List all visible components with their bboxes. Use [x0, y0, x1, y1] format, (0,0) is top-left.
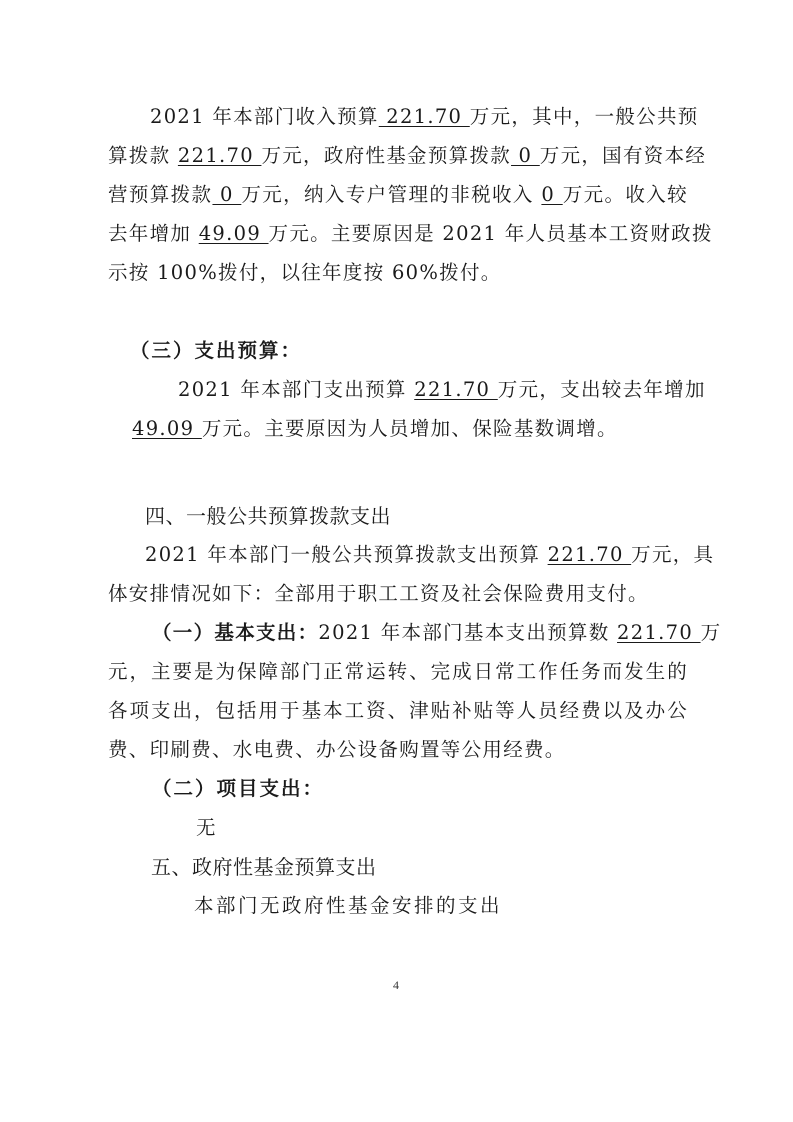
- text: 万元。收入较: [563, 183, 688, 206]
- non-tax-amount: 0: [541, 183, 562, 206]
- text: 营预算拨款: [108, 183, 212, 206]
- text: 2021 年本部门基本支出预算数: [318, 621, 617, 644]
- text: 万元，政府性基金预算拨款: [261, 144, 511, 167]
- general-budget-amount: 221.70: [178, 144, 262, 167]
- text: 算拨款: [108, 144, 178, 167]
- text: 2021 年本部门收入预算: [150, 105, 379, 128]
- state-capital-amount: 0: [212, 183, 241, 206]
- page-number: 4: [393, 978, 399, 992]
- section-four-heading: 四、一般公共预算拨款支出: [145, 503, 725, 529]
- basic-expenditure-line-3: 各项支出，包括用于基本工资、津贴补贴等人员经费以及办公: [108, 698, 688, 724]
- basic-expenditure-line-2: 元，主要是为保障部门正常运转、完成日常工作任务而发生的: [108, 659, 688, 685]
- text: 万元，支出较去年增加: [498, 378, 706, 401]
- section-five-text: 本部门无政府性基金安排的支出: [194, 893, 774, 919]
- income-line-4: 去年增加 49.09 万元。主要原因是 2021 年人员基本工资财政拨: [108, 221, 688, 247]
- expenditure-line-2: 49.09 万元。主要原因为人员增加、保险基数调增。: [132, 416, 712, 442]
- basic-expenditure-amount: 221.70: [617, 621, 701, 644]
- document-page: 2021 年本部门收入预算 221.70 万元，其中，一般公共预 算拨款 221…: [0, 0, 793, 1122]
- text: 万元。主要原因是 2021 年人员基本工资财政拨: [269, 222, 713, 245]
- project-expenditure-value: 无: [196, 815, 776, 841]
- section-four-line-2: 体安排情况如下：全部用于职工工资及社会保险费用支付。: [108, 581, 688, 607]
- text: 万元，其中，一般公共预: [470, 105, 699, 128]
- expenditure-increase-amount: 49.09: [132, 417, 202, 440]
- section-four-line-1: 2021 年本部门一般公共预算拨款支出预算 221.70 万元，具: [145, 542, 686, 568]
- income-amount: 221.70: [379, 105, 470, 128]
- text: 万元，具: [631, 543, 714, 566]
- text: 去年增加: [108, 222, 199, 245]
- expenditure-amount: 221.70: [414, 378, 498, 401]
- income-line-2: 算拨款 221.70 万元，政府性基金预算拨款 0 万元，国有资本经: [108, 143, 688, 169]
- expenditure-heading: （三）支出预算：: [130, 338, 710, 364]
- basic-expenditure-line-4: 费、印刷费、水电费、办公设备购置等公用经费。: [108, 737, 688, 763]
- text: 2021 年本部门一般公共预算拨款支出预算: [145, 543, 548, 566]
- section-five-heading: 五、政府性基金预算支出: [151, 854, 731, 880]
- text: 万元，纳入专户管理的非税收入: [241, 183, 541, 206]
- income-increase-amount: 49.09: [199, 222, 269, 245]
- expenditure-line-1: 2021 年本部门支出预算 221.70 万元，支出较去年增加: [178, 377, 686, 403]
- text: 万元，国有资本经: [540, 144, 706, 167]
- basic-expenditure-line-1: （一）基本支出：2021 年本部门基本支出预算数 221.70 万: [152, 620, 686, 646]
- income-line-3: 营预算拨款 0 万元，纳入专户管理的非税收入 0 万元。收入较: [108, 182, 688, 208]
- income-line-1: 2021 年本部门收入预算 221.70 万元，其中，一般公共预: [108, 104, 688, 130]
- text: 万: [701, 621, 722, 644]
- basic-expenditure-label: （一）基本支出：: [152, 621, 318, 644]
- project-expenditure-heading: （二）项目支出：: [152, 776, 732, 802]
- text: 2021 年本部门支出预算: [178, 378, 414, 401]
- text: 万元。主要原因为人员增加、保险基数调增。: [202, 417, 618, 440]
- general-expenditure-amount: 221.70: [548, 543, 632, 566]
- gov-fund-amount: 0: [511, 144, 540, 167]
- income-line-5: 示按 100%拨付，以往年度按 60%拨付。: [108, 260, 688, 286]
